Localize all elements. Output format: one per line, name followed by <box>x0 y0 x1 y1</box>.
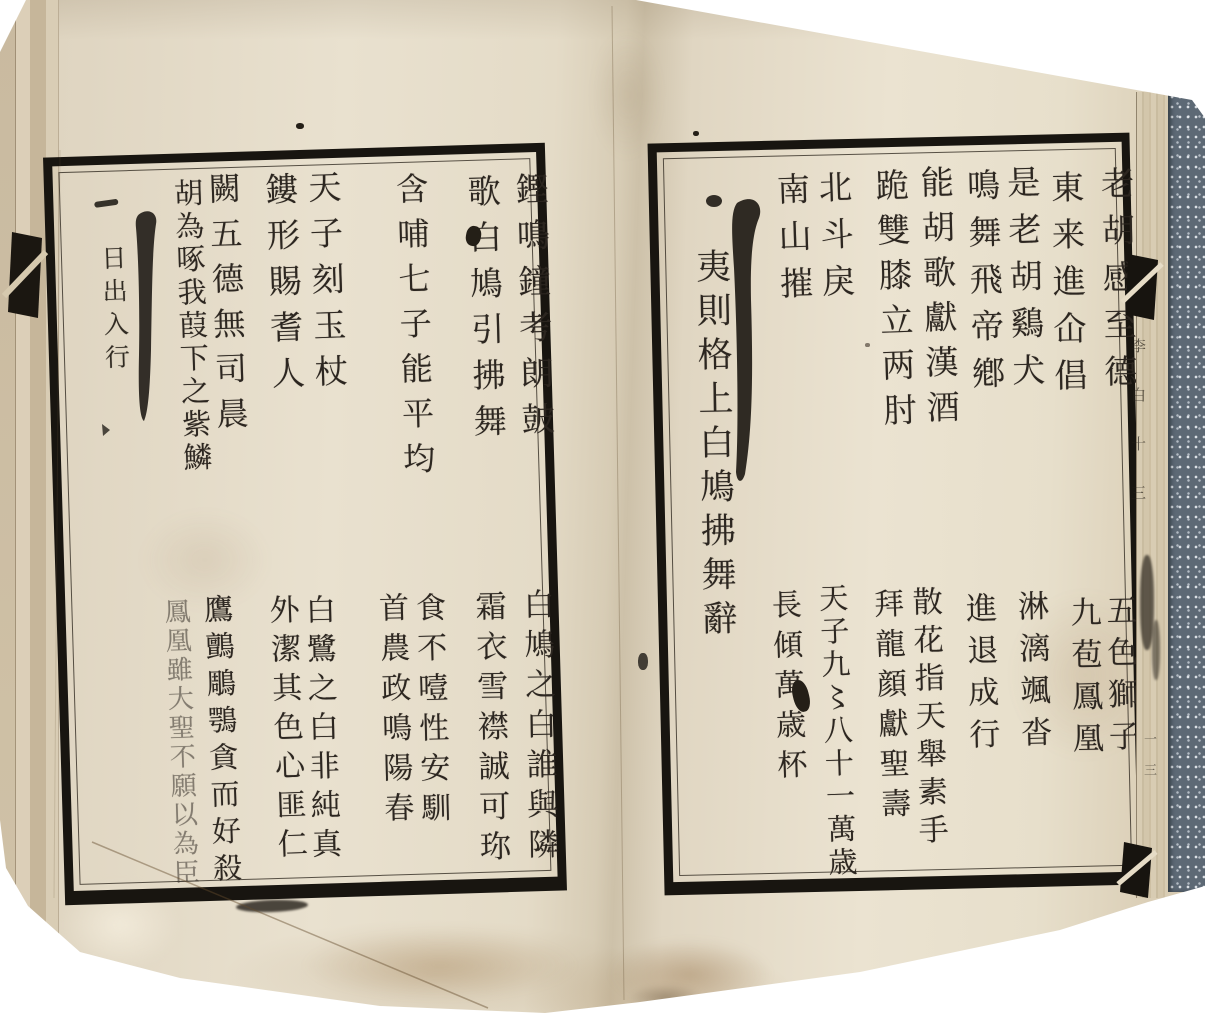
verse-column: 含哺七子能平均 <box>386 172 435 500</box>
verse-column: 首農政鳴陽春 <box>368 592 413 845</box>
verse-column: 鳴舞飛帝鄕 <box>956 168 1003 416</box>
verse-column: 鷹鸇鵰鶚貪而好殺 <box>194 593 242 902</box>
verse-column: 拜龍顔獻聖壽 <box>863 587 910 840</box>
verse-column: 鏤形賜耆人 <box>254 171 303 414</box>
verse-column: 天子九〻八十一萬歳 <box>809 582 857 892</box>
ink-speck <box>693 131 699 136</box>
verse-column: 白鳩之白誰與隣 <box>512 588 556 881</box>
book-photo-scene: 夷則格上白鳩拂舞辭 老胡感至德東来進仚倡是老胡鷄犬鳴舞飛帝鄕能胡歌獻漢酒跪雙膝立… <box>0 0 1205 1016</box>
verse-column: 南山摧 <box>766 171 812 325</box>
spine-title-label: 李白十三 <box>1128 338 1149 534</box>
faint-verse-column: 鳳凰雖大聖不願以為臣 <box>154 597 199 900</box>
verse-column: 九苞鳳凰 <box>1059 596 1101 777</box>
edge-smudge <box>1152 620 1160 680</box>
spine-page-number: 一三 <box>1139 732 1158 794</box>
ink-speck <box>865 343 870 347</box>
ink-spot <box>638 653 648 670</box>
poem-title-column: 夷則格上白鳩拂舞辭 <box>686 248 735 669</box>
verse-column: 外潔其色心匪仁 <box>258 593 306 879</box>
verse-column: 跪雙膝立两肘 <box>865 167 916 450</box>
verse-column: 歌白鳩引拂舞 <box>457 174 506 463</box>
verse-column: 霜衣雪襟誠可珎 <box>464 590 508 883</box>
verse-column: 東来進仚倡 <box>1040 170 1085 418</box>
verse-column: 鏗鳴鐘考朗皷 <box>505 172 554 461</box>
verse-column: 胡為啄我葭下之紫鱗 <box>164 177 212 487</box>
verse-text-layer: 夷則格上白鳩拂舞辭 老胡感至德東来進仚倡是老胡鷄犬鳴舞飛帝鄕能胡歌獻漢酒跪雙膝立… <box>0 0 1205 1016</box>
book-cover-edge <box>1168 92 1205 892</box>
open-book: 夷則格上白鳩拂舞辭 老胡感至德東来進仚倡是老胡鷄犬鳴舞飛帝鄕能胡歌獻漢酒跪雙膝立… <box>0 0 1205 1016</box>
ink-speck <box>296 123 304 129</box>
verse-column: 進退成行 <box>954 592 998 773</box>
verse-column: 淋漓颯沓 <box>1006 590 1050 771</box>
next-poem-title-column: 日出入行 <box>91 244 129 389</box>
